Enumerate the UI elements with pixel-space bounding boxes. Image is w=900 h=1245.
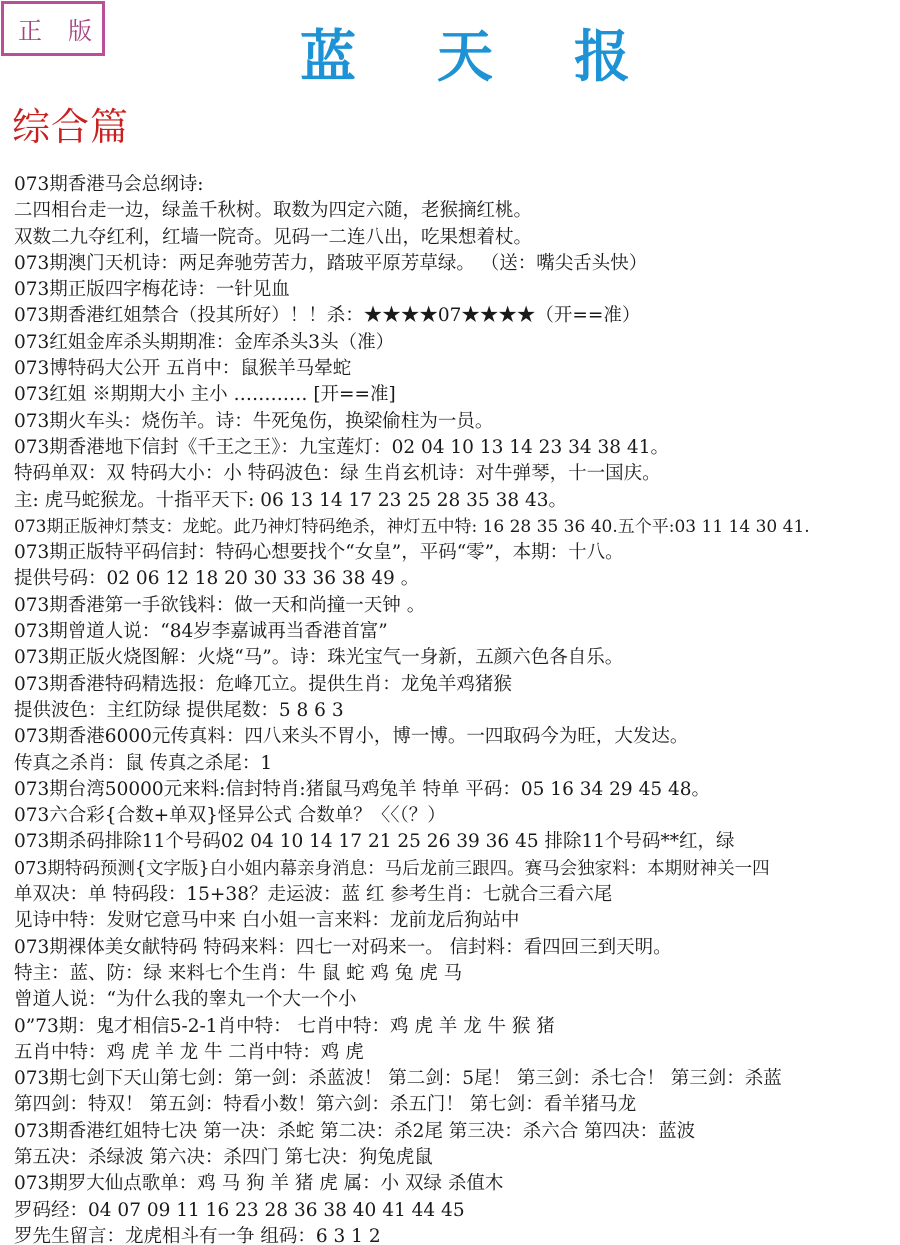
text-line: 第四剑：特双！ 第五剑：特看小数！第六剑：杀五门！ 第七剑：看羊猪马龙	[14, 1092, 900, 1118]
text-line: 单双决：单 特码段：15+38？走运波：蓝 红 参考生肖：七就合三看六尾	[14, 882, 900, 908]
text-line: 073期杀码排除11个号码02 04 10 14 17 21 25 26 39 …	[14, 829, 900, 855]
text-line: 073期香港红姐禁合（投其所好）！！杀：★★★★07★★★★（开==准）	[14, 303, 900, 329]
text-line: 第五决：杀绿波 第六决：杀四门 第七决：狗兔虎鼠	[14, 1145, 900, 1171]
text-line: 073红姐金库杀头期期准：金库杀头3头（准）	[14, 330, 900, 356]
text-line: 073期香港红姐特七决 第一决：杀蛇 第二决：杀2尾 第三决：杀六合 第四决：蓝…	[14, 1119, 900, 1145]
text-line: 二四相台走一边，绿盖千秋树。取数为四定六随，老猴摘红桃。	[14, 198, 900, 224]
title-char: 报	[574, 13, 630, 93]
text-line: 073期正版四字梅花诗：一针见血	[14, 277, 900, 303]
text-line: 073期正版火烧图解：火烧“马”。诗：珠光宝气一身新，五颜六色各自乐。	[14, 645, 900, 671]
title-char: 天	[437, 13, 493, 93]
text-line: 073期香港6000元传真料：四八来头不胃小，博一博。一四取码今为旺，大发达。	[14, 724, 900, 750]
text-line: 提供波色：主红防绿 提供尾数：5 8 6 3	[14, 698, 900, 724]
text-line: 0”73期：鬼才相信5-2-1肖中特： 七肖中特：鸡 虎 羊 龙 牛 猴 猪	[14, 1014, 900, 1040]
text-line: 罗码经：04 07 09 11 16 23 28 36 38 40 41 44 …	[14, 1198, 900, 1224]
text-line: 073期香港特码精选报：危峰兀立。提供生肖：龙兔羊鸡猪猴	[14, 672, 900, 698]
text-line: 双数二九夺红利，红墙一院奇。见码一二连八出，吃果想着杖。	[14, 225, 900, 251]
text-line: 073博特码大公开 五肖中：鼠猴羊马晕蛇	[14, 356, 900, 382]
section-heading: 综合篇	[12, 96, 129, 151]
content-lines: 073期香港马会总纲诗: 二四相台走一边，绿盖千秋树。取数为四定六随，老猴摘红桃…	[14, 172, 900, 1245]
text-line: 073期罗大仙点歌单：鸡 马 狗 羊 猪 虎 属：小 双绿 杀值木	[14, 1171, 900, 1197]
text-line: 073期台湾50000元来料:信封特肖:猪鼠马鸡兔羊 特单 平码：05 16 3…	[14, 777, 900, 803]
text-line: 073期特码预测{文字版}白小姐内幕亲身消息：马后龙前三跟四。赛马会独家料：本期…	[14, 856, 900, 882]
text-line: 特主：蓝、防：绿 来料七个生肖：牛 鼠 蛇 鸡 兔 虎 马	[14, 961, 900, 987]
text-line: 073期裸体美女献特码 特码来料：四七一对码来一。 信封料：看四回三到天明。	[14, 935, 900, 961]
text-line: 五肖中特：鸡 虎 羊 龙 牛 二肖中特：鸡 虎	[14, 1040, 900, 1066]
text-line: 罗先生留言：龙虎相斗有一争 组码：6 3 1 2	[14, 1224, 900, 1245]
text-line: 见诗中特：发财它意马中来 白小姐一言来料：龙前龙后狗站中	[14, 908, 900, 934]
text-line: 073期澳门天机诗：两足奔驰劳苦力，踏玻平原芳草绿。 （送：嘴尖舌头快）	[14, 251, 900, 277]
text-line: 073期香港第一手欲钱料：做一天和尚撞一天钟 。	[14, 593, 900, 619]
text-line: 主: 虎马蛇猴龙。十指平天下: 06 13 14 17 23 25 28 35 …	[14, 488, 900, 514]
text-line: 073期香港马会总纲诗:	[14, 172, 900, 198]
badge-char: 版	[68, 11, 92, 46]
text-line: 曾道人说：“为什么我的睾丸一个大一个小	[14, 987, 900, 1013]
text-line: 073期正版特平码信封：特码心想要找个“女皇”，平码“零”，本期：十八。	[14, 540, 900, 566]
text-line: 传真之杀肖：鼠 传真之杀尾：1	[14, 751, 900, 777]
badge-char: 正	[18, 11, 42, 46]
text-line: 073期香港地下信封《千王之王》：九宝莲灯：02 04 10 13 14 23 …	[14, 435, 900, 461]
text-line: 073期正版神灯禁支：龙蛇。此乃神灯特码绝杀，神灯五中特: 16 28 35 3…	[14, 514, 900, 540]
text-line: 073六合彩{合数+单双}怪异公式 合数单？〈〈（？）	[14, 803, 900, 829]
text-line: 073期火车头：烧伤羊。诗：牛死兔伤，换梁偷柱为一员。	[14, 409, 900, 435]
text-line: 073红姐 ※期期大小 主小 ………… [开==准]	[14, 382, 900, 408]
text-line: 提供号码：02 06 12 18 20 30 33 36 38 49 。	[14, 566, 900, 592]
page-title: 蓝 天 报	[300, 18, 630, 88]
text-line: 073期七剑下天山第七剑：第一剑：杀蓝波！ 第二剑：5尾！ 第三剑：杀七合！ 第…	[14, 1066, 900, 1092]
title-char: 蓝	[300, 13, 356, 93]
text-line: 特码单双：双 特码大小：小 特码波色：绿 生肖玄机诗：对牛弹琴，十一国庆。	[14, 461, 900, 487]
text-line: 073期曾道人说：“84岁李嘉诚再当香港首富”	[14, 619, 900, 645]
genuine-edition-badge: 正 版	[1, 1, 105, 56]
